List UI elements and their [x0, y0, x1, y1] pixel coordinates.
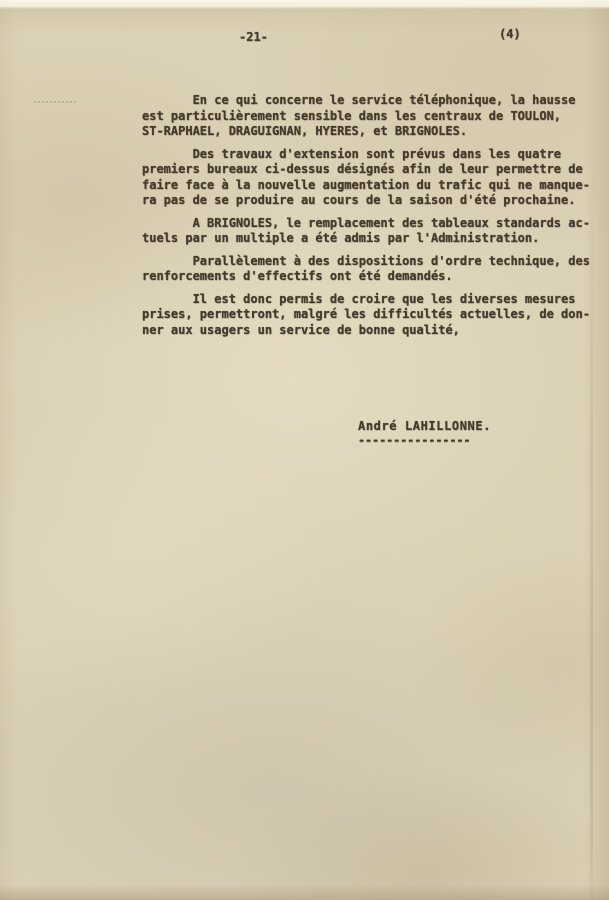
- scanned-document-page: -21- (4) En ce qui concerne le service t…: [0, 0, 609, 900]
- signature-underline: ----------------: [358, 433, 491, 449]
- page-number: -21-: [239, 30, 268, 46]
- body-text: En ce qui concerne le service téléphoniq…: [142, 93, 594, 345]
- paragraph-extension-works: Des travaux d'extension sont prévus dans…: [142, 147, 594, 209]
- paragraph-telephone-service: En ce qui concerne le service téléphoniq…: [142, 93, 594, 140]
- paragraph-brignoles: A BRIGNOLES, le remplacement des tableau…: [142, 216, 594, 247]
- page-reference: (4): [499, 27, 521, 43]
- scan-top-edge: [0, 0, 609, 9]
- paragraph-staff-reinforcements: Parallèlement à des dispositions d'ordre…: [142, 254, 594, 285]
- margin-specks: [34, 101, 76, 107]
- signature-block: André LAHILLONNE. ----------------: [358, 419, 491, 448]
- paragraph-conclusion: Il est donc permis de croire que les div…: [142, 292, 594, 339]
